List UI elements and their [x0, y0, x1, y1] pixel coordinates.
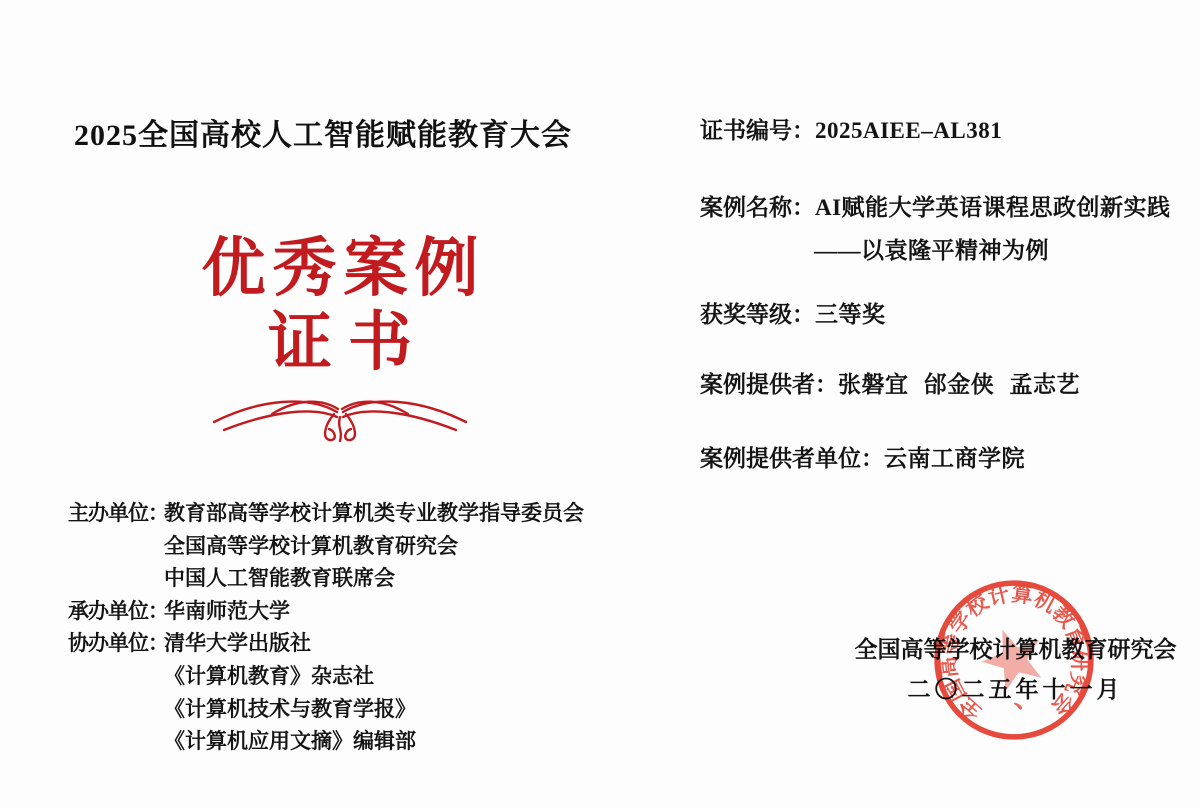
- organizer-text: 中国人工智能教育联席会: [164, 566, 395, 590]
- provider-org-label: 案例提供者单位：: [700, 446, 884, 471]
- cert-number-label: 证书编号：: [700, 118, 815, 143]
- organizer-text: 教育部高等学校计算机类专业教学指导委员会: [164, 501, 584, 525]
- providers-label: 案例提供者：: [700, 372, 838, 397]
- providers-row: 案例提供者：张磐宜 邰金侠 孟志艺: [700, 366, 1080, 399]
- organizer-row: 《计算机教育》杂志社: [68, 660, 584, 693]
- organizer-row: 主办单位：教育部高等学校计算机类专业教学指导委员会: [68, 497, 584, 530]
- provider-org-row: 案例提供者单位：云南工商学院: [700, 440, 1025, 473]
- organizer-text: 清华大学出版社: [164, 631, 311, 655]
- case-name-row-line2: ——以袁隆平精神为例: [700, 232, 1049, 265]
- case-name-value-line2: ——以袁隆平精神为例: [814, 238, 1049, 263]
- award-level-value: 三等奖: [815, 302, 886, 327]
- organizer-row: 《计算机应用文摘》编辑部: [68, 725, 584, 758]
- organizer-label: 协办单位：: [68, 627, 164, 660]
- case-name-row: 案例名称：AI赋能大学英语课程思政创新实践: [700, 189, 1171, 222]
- organizer-row: 全国高等学校计算机教育研究会: [68, 530, 584, 563]
- provider-org-value: 云南工商学院: [884, 446, 1025, 471]
- organizer-text: 华南师范大学: [164, 599, 290, 623]
- award-level-row: 获奖等级：三等奖: [700, 296, 886, 329]
- flourish-ornament: [210, 386, 470, 444]
- organizer-row: 中国人工智能教育联席会: [68, 562, 584, 595]
- organizer-row: 承办单位：华南师范大学: [68, 595, 584, 628]
- cert-number-value: 2025AIEE–AL381: [815, 118, 1002, 143]
- organizers-block: 主办单位：教育部高等学校计算机类专业教学指导委员会 全国高等学校计算机教育研究会…: [68, 497, 584, 758]
- organizer-text: 《计算机应用文摘》编辑部: [164, 729, 416, 753]
- certificate-page: 2025全国高校人工智能赋能教育大会 优秀案例 证书 主办单位：教育部高等学校计…: [0, 0, 1200, 807]
- organizer-row: 协办单位：清华大学出版社: [68, 627, 584, 660]
- case-name-label: 案例名称：: [700, 195, 815, 220]
- award-title-line1: 优秀案例: [150, 232, 530, 306]
- organizer-text: 《计算机教育》杂志社: [164, 664, 374, 688]
- providers-value: 张磐宜 邰金侠 孟志艺: [838, 372, 1080, 397]
- award-title-line2: 证书: [150, 306, 530, 380]
- organizer-row: 《计算机技术与教育学报》: [68, 693, 584, 726]
- conference-title: 2025全国高校人工智能赋能教育大会: [74, 110, 572, 154]
- organizer-text: 《计算机技术与教育学报》: [164, 697, 416, 721]
- award-title-block: 优秀案例 证书: [150, 232, 530, 449]
- case-name-value-line1: AI赋能大学英语课程思政创新实践: [815, 195, 1171, 220]
- organizer-label: 主办单位：: [68, 497, 164, 530]
- cert-number-row: 证书编号：2025AIEE–AL381: [700, 112, 1002, 145]
- award-level-label: 获奖等级：: [700, 302, 815, 327]
- organizer-label: 承办单位：: [68, 595, 164, 628]
- official-seal: 全国高等学校计算机教育研究会 、: [928, 574, 1100, 746]
- seal-bottom-mark: 、: [1012, 682, 1041, 714]
- organizer-text: 全国高等学校计算机教育研究会: [164, 534, 458, 558]
